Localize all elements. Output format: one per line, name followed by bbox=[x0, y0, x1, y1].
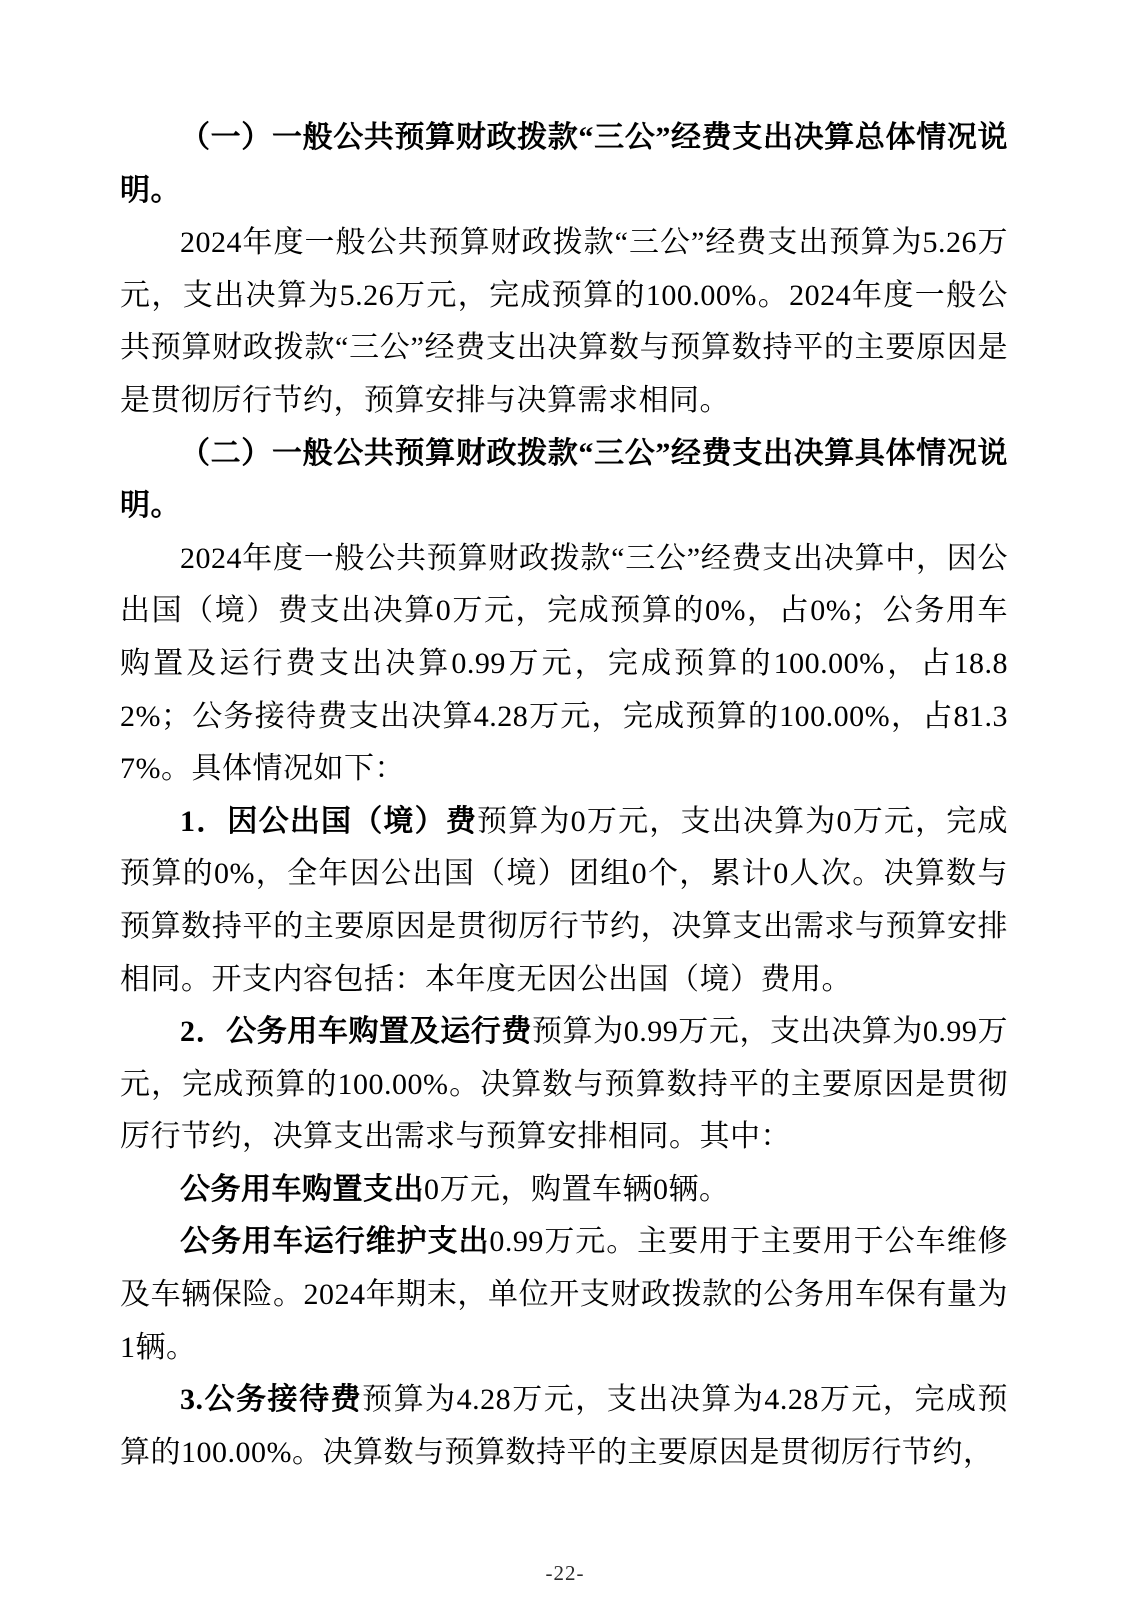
section-heading: （一）一般公共预算财政拨款“三公”经费支出决算总体情况说明。 bbox=[120, 112, 1008, 217]
section-heading: （二）一般公共预算财政拨款“三公”经费支出决算具体情况说明。 bbox=[120, 428, 1008, 533]
paragraph: 公务用车运行维护支出0.99万元。主要用于主要用于公车维修及车辆保险。2024年… bbox=[120, 1216, 1008, 1374]
paragraph: 2．公务用车购置及运行费预算为0.99万元，支出决算为0.99万元，完成预算的1… bbox=[120, 1006, 1008, 1164]
text-run: 2．公务用车购置及运行费 bbox=[180, 1015, 532, 1048]
text-run: （二）一般公共预算财政拨款“三公”经费支出决算具体情况说明。 bbox=[120, 437, 1008, 523]
paragraph: 2024年度一般公共预算财政拨款“三公”经费支出预算为5.26万元，支出决算为5… bbox=[120, 217, 1008, 427]
text-run: （一）一般公共预算财政拨款“三公”经费支出决算总体情况说明。 bbox=[120, 121, 1008, 207]
paragraph: 1．因公出国（境）费预算为0万元，支出决算为0万元，完成预算的0%，全年因公出国… bbox=[120, 796, 1008, 1006]
text-run: 2024年度一般公共预算财政拨款“三公”经费支出决算中，因公出国（境）费支出决算… bbox=[120, 542, 1008, 785]
document-body: （一）一般公共预算财政拨款“三公”经费支出决算总体情况说明。2024年度一般公共… bbox=[120, 112, 1008, 1479]
page-number: -22- bbox=[0, 1560, 1130, 1586]
paragraph: 3.公务接待费预算为4.28万元，支出决算为4.28万元，完成预算的100.00… bbox=[120, 1374, 1008, 1479]
text-run: 2024年度一般公共预算财政拨款“三公”经费支出预算为5.26万元，支出决算为5… bbox=[120, 226, 1008, 417]
paragraph: 2024年度一般公共预算财政拨款“三公”经费支出决算中，因公出国（境）费支出决算… bbox=[120, 533, 1008, 796]
text-run: 1．因公出国（境）费 bbox=[180, 805, 477, 838]
text-run: 3.公务接待费 bbox=[180, 1383, 362, 1416]
text-run: 0万元，购置车辆0辆。 bbox=[424, 1173, 730, 1206]
text-run: 公务用车购置支出 bbox=[180, 1173, 424, 1206]
document-page: （一）一般公共预算财政拨款“三公”经费支出决算总体情况说明。2024年度一般公共… bbox=[0, 0, 1130, 1600]
paragraph: 公务用车购置支出0万元，购置车辆0辆。 bbox=[120, 1164, 1008, 1217]
text-run: 公务用车运行维护支出 bbox=[180, 1225, 489, 1258]
